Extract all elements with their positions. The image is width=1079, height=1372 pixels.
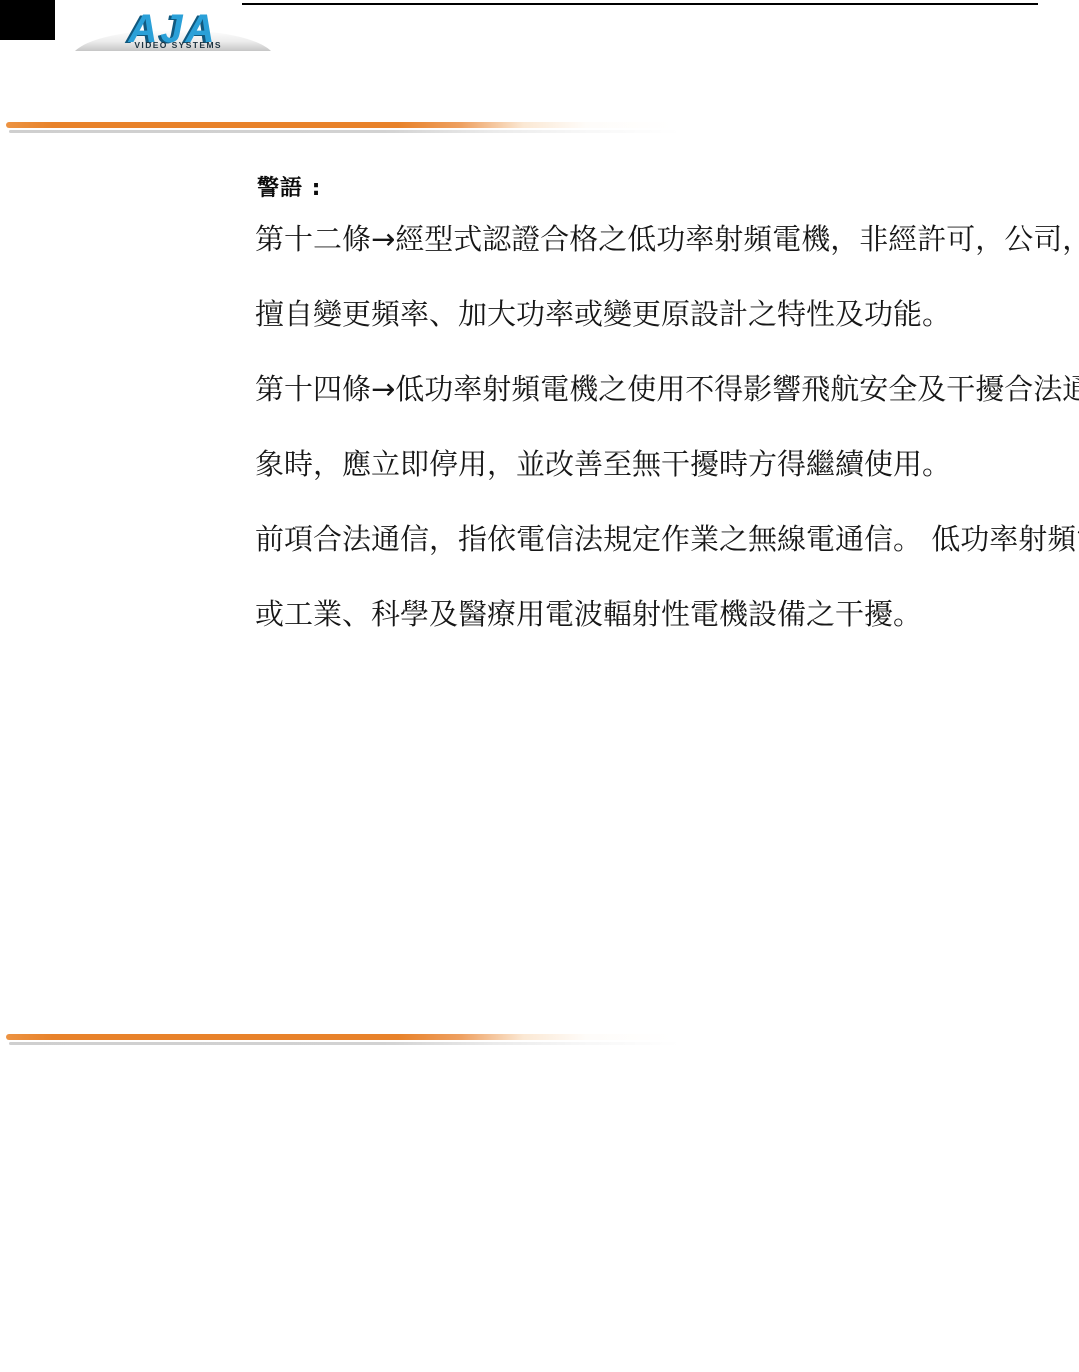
orange-divider-top-bar <box>6 122 790 128</box>
logo-tagline: VIDEO SYSTEMS <box>134 40 222 50</box>
orange-divider-bottom-bar <box>6 1034 790 1040</box>
warning-line-5: 前項合法通信，指依電信法規定作業之無線電通信。 低功率射頻電機須忍受合法通信 <box>255 502 1079 577</box>
orange-divider-bottom <box>6 1034 790 1046</box>
warning-line-3: 第十四條→低功率射頻電機之使用不得影響飛航安全及干擾合法通信；經發現有干擾現 <box>255 352 1079 427</box>
warning-line-2: 擅自變更頻率、加大功率或變更原設計之特性及功能。 <box>255 277 1079 352</box>
warning-heading: 警語 : <box>257 171 321 202</box>
corner-black-block <box>0 0 55 40</box>
orange-divider-top-shadow <box>9 130 790 133</box>
manual-page: AJA AJA VIDEO SYSTEMS 警語 : 第十二條→經型式認證合格之… <box>0 0 1079 1372</box>
orange-divider-bottom-shadow <box>9 1042 790 1045</box>
aja-logo-graphic: AJA AJA VIDEO SYSTEMS <box>74 2 272 54</box>
aja-logo: AJA AJA VIDEO SYSTEMS <box>74 2 272 54</box>
orange-divider-top <box>6 122 790 134</box>
warning-text-block: 第十二條→經型式認證合格之低功率射頻電機，非經許可，公司，商號或使用者均不得 擅… <box>255 202 1079 652</box>
warning-line-4: 象時，應立即停用，並改善至無干擾時方得繼續使用。 <box>255 427 1079 502</box>
warning-line-1: 第十二條→經型式認證合格之低功率射頻電機，非經許可，公司，商號或使用者均不得 <box>255 202 1079 277</box>
top-border-line <box>242 3 1038 5</box>
warning-line-6: 或工業、科學及醫療用電波輻射性電機設備之干擾。 <box>255 577 1079 652</box>
